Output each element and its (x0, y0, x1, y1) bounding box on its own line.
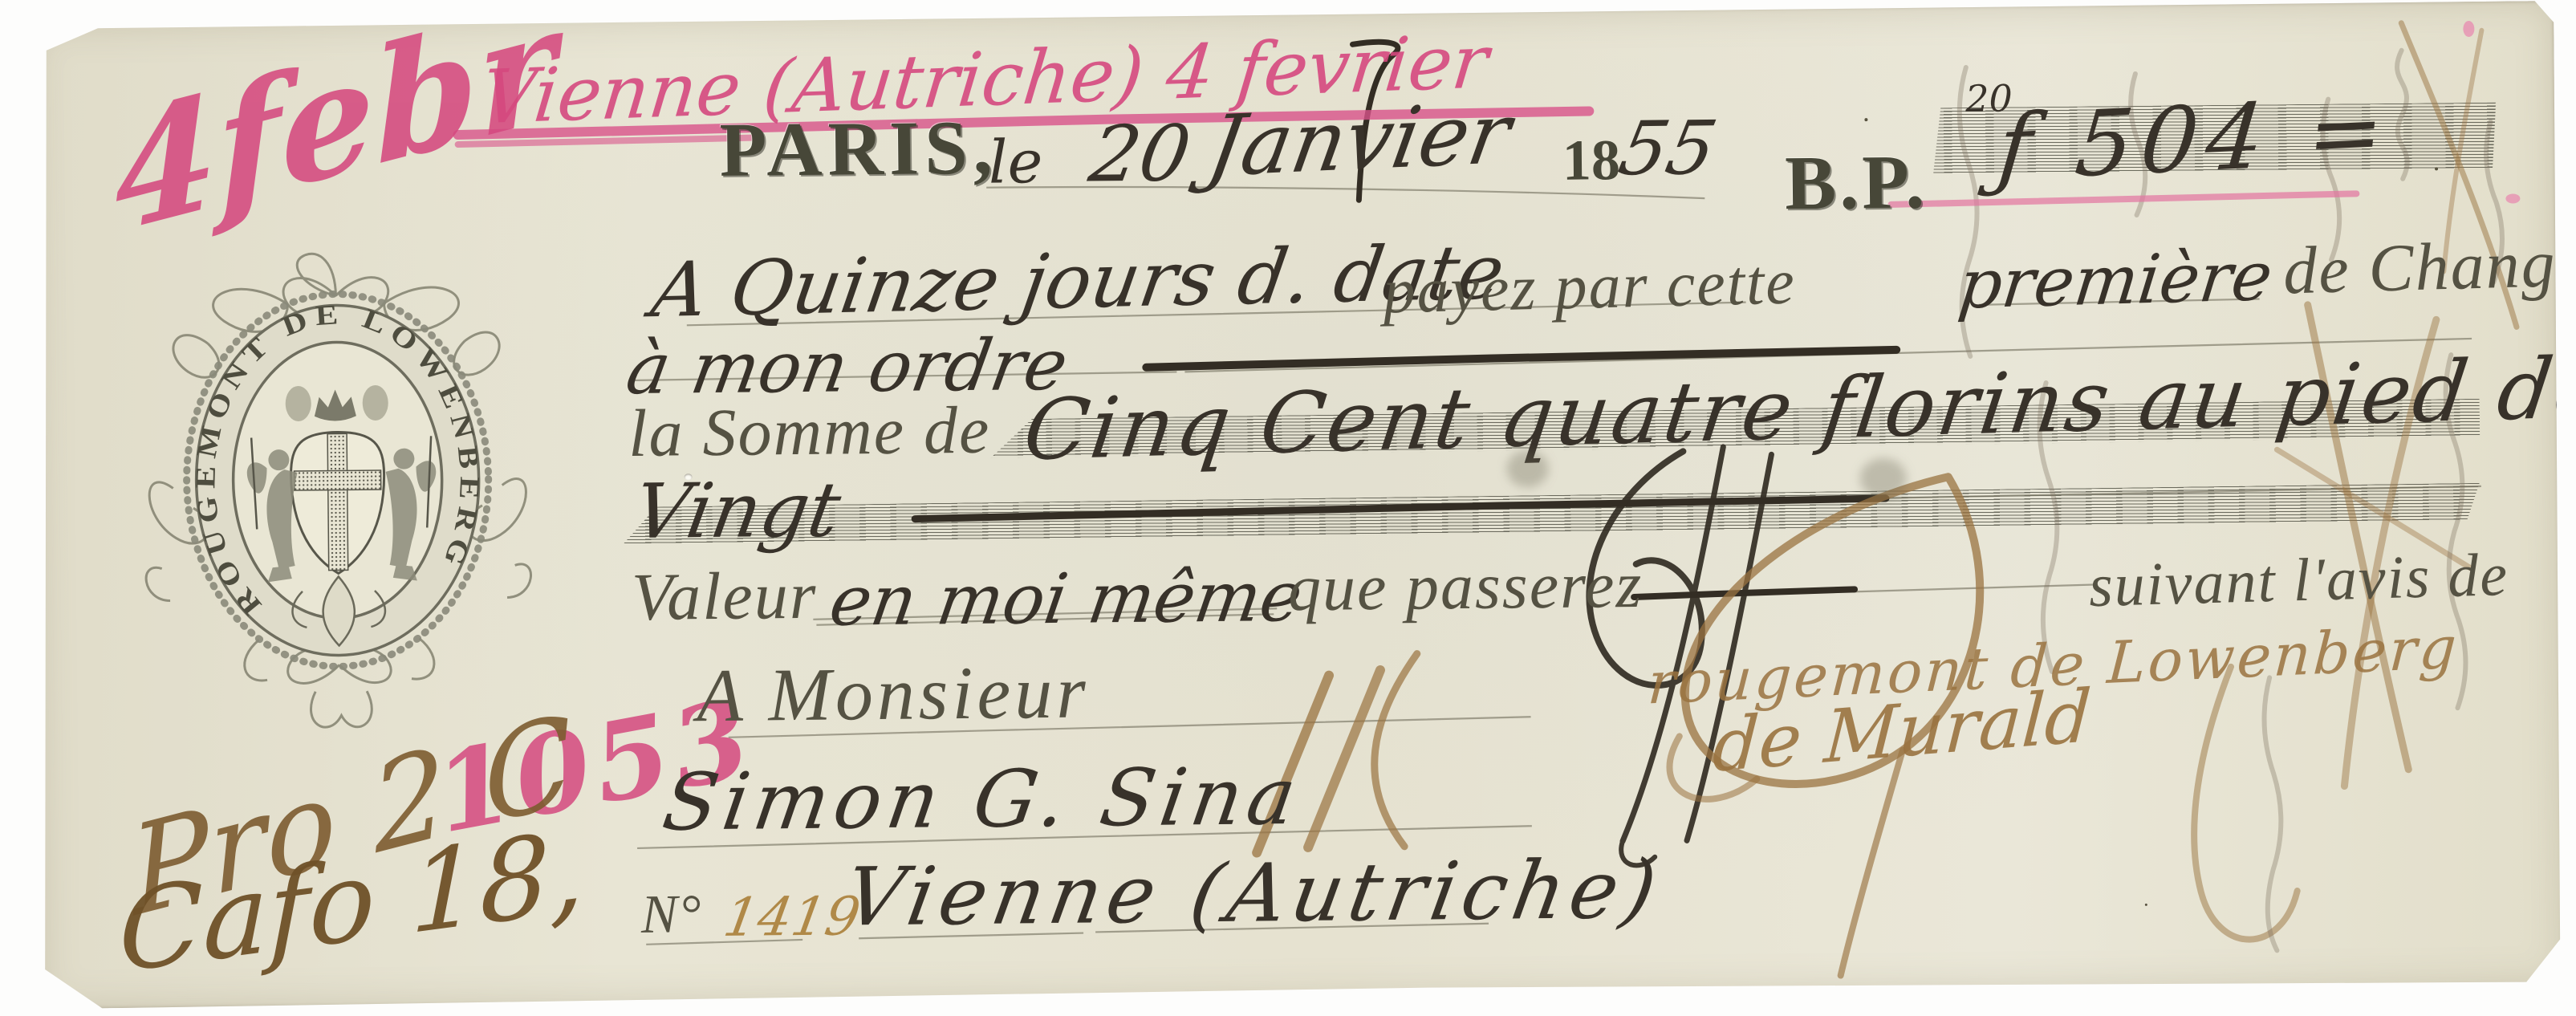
paper-pinhole (685, 473, 693, 480)
date-month: Janvier (1201, 83, 1518, 196)
place-hand: Vienne (Autriche) (839, 843, 1668, 945)
payez-printed: payez par cette (1382, 246, 1796, 328)
premiere-hand: première (1955, 237, 2277, 324)
paper-speck-1 (1864, 118, 1867, 121)
date-year-printed: 18 (1562, 127, 1621, 194)
somme-label: la Somme de (628, 392, 991, 473)
paper-speck-3 (2145, 904, 2147, 906)
scanned-document-stage: ROUGEMONT DE LOWENBERG (0, 0, 2576, 1016)
bp-label: B.P. (1785, 136, 1928, 227)
city-heading: PARIS, (719, 103, 998, 194)
ink-smudge-right (1859, 458, 1906, 499)
rougemont-lowenberg-emblem: ROUGEMONT DE LOWENBERG (111, 220, 573, 746)
amount-value: ƒ 504 = (1993, 79, 2396, 201)
shield-cross-horizontal (295, 470, 381, 490)
monsieur-printed: A Monsieur (697, 649, 1091, 740)
valeur-printed: Valeur (632, 557, 818, 636)
date-day: 20 (1083, 108, 1197, 199)
valeur-hand: en moi même (825, 557, 1308, 642)
paper-speck-2 (2435, 167, 2438, 170)
bill-of-exchange-sheet: ROUGEMONT DE LOWENBERG (32, 1, 2563, 1009)
payee-hand: Simon G. Sina (657, 751, 1307, 849)
vingt-hand: Vingt (628, 466, 847, 556)
avis-printed: suivant l'avis de (2088, 540, 2509, 621)
passerez-printed: que passerez (1288, 547, 1644, 626)
shield-cross-vertical (327, 433, 348, 570)
date-le: le (988, 128, 1042, 197)
date-year-hand: 55 (1612, 105, 1724, 192)
change-printed: de Change (2282, 224, 2576, 310)
number-label: N° (640, 882, 702, 946)
ink-smudge-left (1506, 450, 1548, 487)
pink-specks (2463, 20, 2520, 204)
